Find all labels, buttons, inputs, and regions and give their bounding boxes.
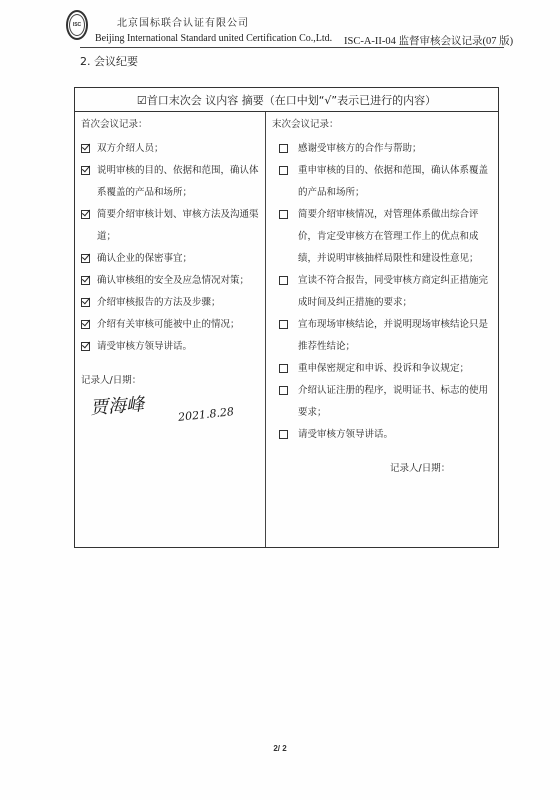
company-logo-icon: ISC [66, 10, 88, 40]
closing-item: 简要介绍审核情况，对管理体系做出综合评价，肯定受审核方在管理工作上的优点和成绩，… [272, 204, 492, 270]
opening-item-text: 介绍有关审核可能被中止的情况； [97, 314, 261, 336]
opening-item-text: 说明审核的目的、依据和范围，确认体系覆盖的产品和场所； [97, 160, 261, 204]
closing-item-text: 宣布现场审核结论，并说明现场审核结论只是推荐性结论； [298, 314, 492, 358]
handwritten-signature: 贾海峰 [89, 390, 145, 420]
opening-item: 简要介绍审核计划、审核方法及沟通渠道； [81, 204, 261, 248]
opening-item-text: 确认审核组的安全及应急情况对策； [97, 270, 261, 292]
checkbox-checked-icon[interactable] [81, 144, 90, 153]
checkbox-unchecked-icon[interactable] [279, 276, 288, 285]
closing-item: 介绍认证注册的程序，说明证书、标志的使用要求； [272, 380, 492, 424]
checkbox-checked-icon[interactable] [81, 210, 90, 219]
opening-item-text: 请受审核方领导讲话。 [97, 336, 261, 358]
closing-item-text: 请受审核方领导讲话。 [298, 424, 492, 446]
document-code: ISC-A-II-04 监督审核会议记录(07 版) [344, 33, 513, 48]
closing-item: 宣布现场审核结论，并说明现场审核结论只是推荐性结论； [272, 314, 492, 358]
closing-item-text: 宣读不符合报告，同受审核方商定纠正措施完成时间及纠正措施的要求； [298, 270, 492, 314]
header-divider [80, 47, 504, 48]
page-number: 2/ 2 [0, 744, 560, 753]
opening-item: 双方介绍人员； [81, 138, 261, 160]
opening-meeting-heading: 首次会议记录： [81, 118, 261, 132]
opening-item-text: 介绍审核报告的方法及步骤； [97, 292, 261, 314]
opening-item: 说明审核的目的、依据和范围，确认体系覆盖的产品和场所； [81, 160, 261, 204]
closing-item: 感谢受审核方的合作与帮助； [272, 138, 492, 160]
closing-item: 宣读不符合报告，同受审核方商定纠正措施完成时间及纠正措施的要求； [272, 270, 492, 314]
opening-item-text: 确认企业的保密事宜； [97, 248, 261, 270]
closing-item-text: 简要介绍审核情况，对管理体系做出综合评价，肯定受审核方在管理工作上的优点和成绩，… [298, 204, 492, 270]
company-name-en: Beijing International Standard united Ce… [95, 33, 332, 44]
column-divider [265, 112, 266, 547]
table-title: ☑首口末次会 议内容 摘要（在口中划“√”表示已进行的内容） [75, 88, 498, 112]
meeting-minutes-table: ☑首口末次会 议内容 摘要（在口中划“√”表示已进行的内容） 首次会议记录： 双… [74, 87, 499, 548]
opening-item-text: 双方介绍人员； [97, 138, 261, 160]
checkbox-checked-icon[interactable] [81, 320, 90, 329]
checkbox-unchecked-icon[interactable] [279, 166, 288, 175]
checkbox-unchecked-icon[interactable] [279, 210, 288, 219]
closing-item: 重申保密规定和申诉、投诉和争议规定； [272, 358, 492, 380]
opening-item: 介绍审核报告的方法及步骤； [81, 292, 261, 314]
logo-text: ISC [69, 14, 85, 36]
opening-item: 介绍有关审核可能被中止的情况； [81, 314, 261, 336]
checkbox-checked-icon[interactable] [81, 276, 90, 285]
opening-meeting-column: 首次会议记录： 双方介绍人员； 说明审核的目的、依据和范围，确认体系覆盖的产品和… [81, 112, 261, 388]
opening-item-text: 简要介绍审核计划、审核方法及沟通渠道； [97, 204, 261, 248]
opening-item: 请受审核方领导讲话。 [81, 336, 261, 358]
checkbox-checked-icon[interactable] [81, 254, 90, 263]
opening-item: 确认审核组的安全及应急情况对策； [81, 270, 261, 292]
section-title: 2. 会议纪要 [80, 53, 138, 69]
company-name-cn: 北京国标联合认证有限公司 [117, 14, 249, 29]
closing-item: 重申审核的目的、依据和范围，确认体系覆盖的产品和场所； [272, 160, 492, 204]
closing-item-text: 介绍认证注册的程序，说明证书、标志的使用要求； [298, 380, 492, 424]
closing-meeting-heading: 末次会议记录： [272, 118, 492, 132]
closing-item-text: 感谢受审核方的合作与帮助； [298, 138, 492, 160]
opening-item: 确认企业的保密事宜； [81, 248, 261, 270]
checkbox-checked-icon[interactable] [81, 342, 90, 351]
checkbox-unchecked-icon[interactable] [279, 386, 288, 395]
checkbox-unchecked-icon[interactable] [279, 144, 288, 153]
closing-recorder-label: 记录人/日期： [390, 460, 450, 474]
closing-item-text: 重申保密规定和申诉、投诉和争议规定； [298, 358, 492, 380]
checkbox-checked-icon[interactable] [81, 298, 90, 307]
closing-item: 请受审核方领导讲话。 [272, 424, 492, 446]
checkbox-unchecked-icon[interactable] [279, 320, 288, 329]
checkbox-unchecked-icon[interactable] [279, 430, 288, 439]
checkbox-checked-icon[interactable] [81, 166, 90, 175]
closing-item-text: 重申审核的目的、依据和范围，确认体系覆盖的产品和场所； [298, 160, 492, 204]
opening-recorder-label: 记录人/日期： [81, 374, 261, 388]
document-page: ISC 北京国标联合认证有限公司 Beijing International S… [0, 0, 560, 800]
checkbox-unchecked-icon[interactable] [279, 364, 288, 373]
closing-meeting-column: 末次会议记录： 感谢受审核方的合作与帮助； 重申审核的目的、依据和范围，确认体系… [272, 112, 492, 446]
